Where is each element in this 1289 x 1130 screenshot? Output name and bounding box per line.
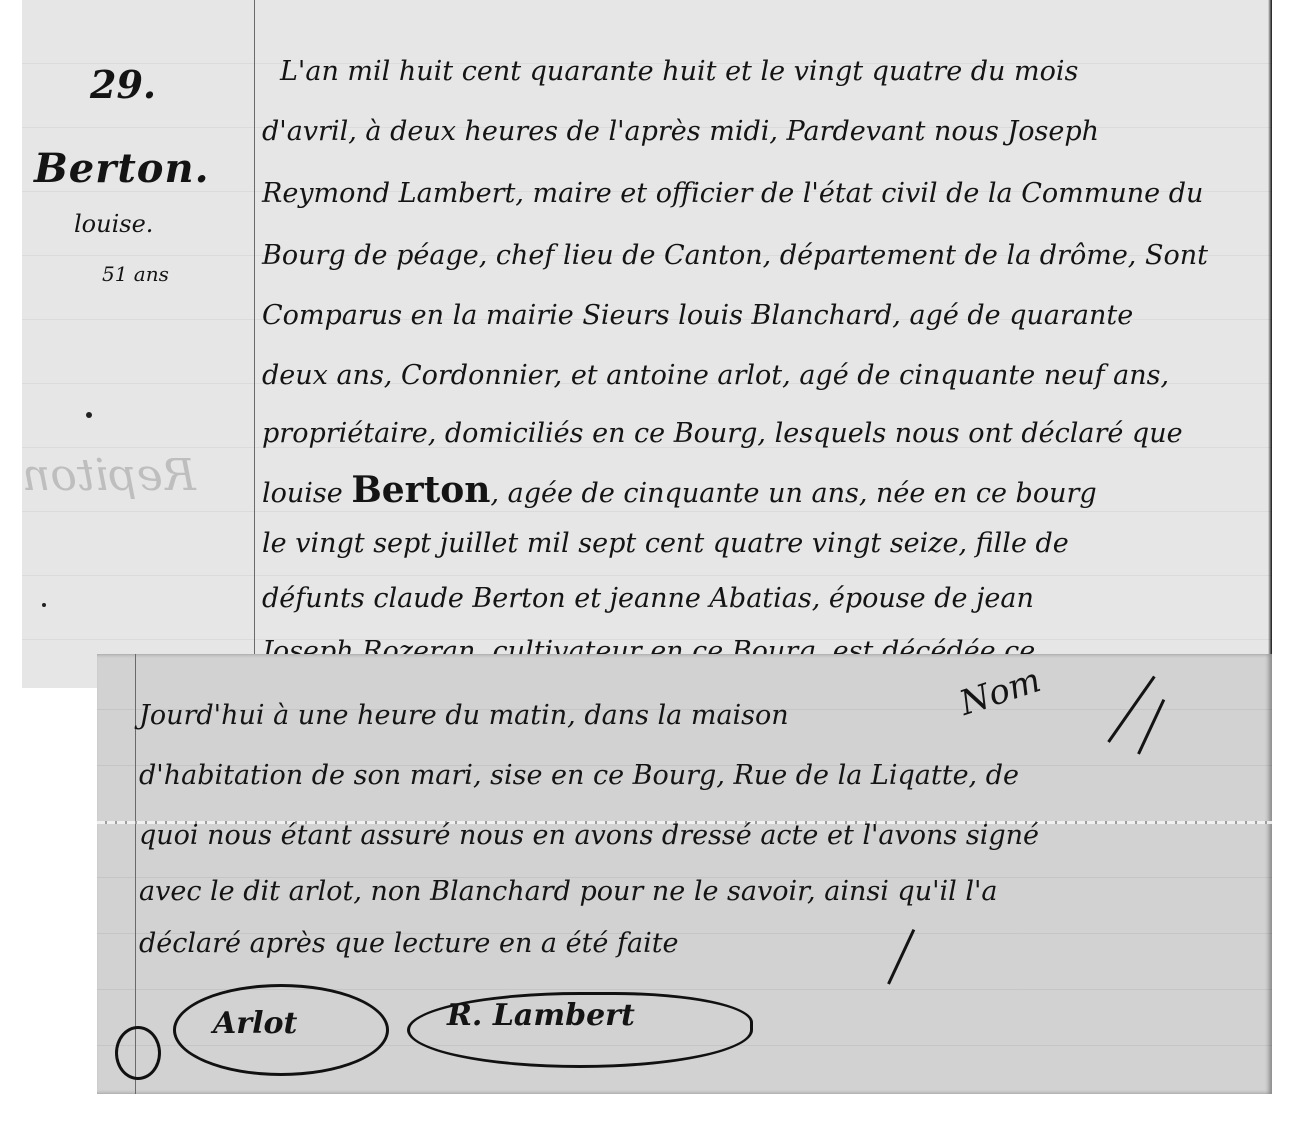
margin-rule: [254, 0, 255, 688]
text-line-14: quoi nous étant assuré nous en avons dre…: [139, 822, 1039, 849]
text-line-7: propriétaire, domiciliés en ce Bourg, le…: [262, 420, 1183, 447]
text-line-8-before: louise: [262, 478, 351, 509]
closing-stroke: [887, 929, 915, 985]
text-line-5: Comparus en la mairie Sieurs louis Blanc…: [262, 302, 1133, 329]
margin-age: 51 ans: [102, 262, 169, 286]
record-fragment-lower: Nom Jourd'hui à une heure du matin, dans…: [97, 654, 1272, 1094]
paraph-stroke: [1137, 699, 1165, 755]
text-line-15: avec le dit arlot, non Blanchard pour ne…: [139, 878, 998, 905]
text-line-12: Jourd'hui à une heure du matin, dans la …: [139, 702, 789, 729]
text-line-4: Bourg de péage, chef lieu de Canton, dép…: [262, 242, 1208, 269]
bleed-through-text: Repiton: [22, 450, 196, 501]
margin-surname: Berton.: [34, 145, 210, 192]
text-line-13: d'habitation de son mari, sise en ce Bou…: [139, 762, 1019, 789]
deceased-surname: Berton: [351, 469, 490, 511]
text-line-1: L'an mil huit cent quarante huit et le v…: [280, 58, 1078, 85]
text-line-9: le vingt sept juillet mil sept cent quat…: [262, 530, 1069, 557]
signature-arlot-text: Arlot: [213, 1006, 297, 1041]
text-line-2: d'avril, à deux heures de l'après midi, …: [262, 118, 1099, 145]
text-line-8-after: , agée de cinquante un ans, née en ce bo…: [490, 478, 1096, 509]
ink-spot: [42, 603, 46, 607]
text-line-10: défunts claude Berton et jeanne Abatias,…: [262, 585, 1034, 612]
signature-lambert-text: R. Lambert: [447, 998, 635, 1033]
text-line-6: deux ans, Cordonnier, et antoine arlot, …: [262, 362, 1169, 389]
text-line-16: déclaré après que lecture en a été faite: [139, 930, 679, 957]
signature-arlot: Arlot: [173, 984, 393, 1084]
signature-lambert: R. Lambert: [407, 984, 787, 1084]
record-fragment-upper: 29. Berton. louise. 51 ans Repiton L'an …: [22, 0, 1272, 688]
text-line-8: louise Berton, agée de cinquante un ans,…: [262, 472, 1097, 508]
margin-given-name: louise.: [74, 210, 153, 238]
margin-flourish: [115, 1026, 161, 1080]
entry-number: 29.: [90, 62, 156, 107]
marginal-approval-paraph: Nom: [955, 660, 1046, 724]
ink-spot: [86, 412, 92, 418]
text-line-3: Reymond Lambert, maire et officier de l'…: [262, 180, 1203, 207]
